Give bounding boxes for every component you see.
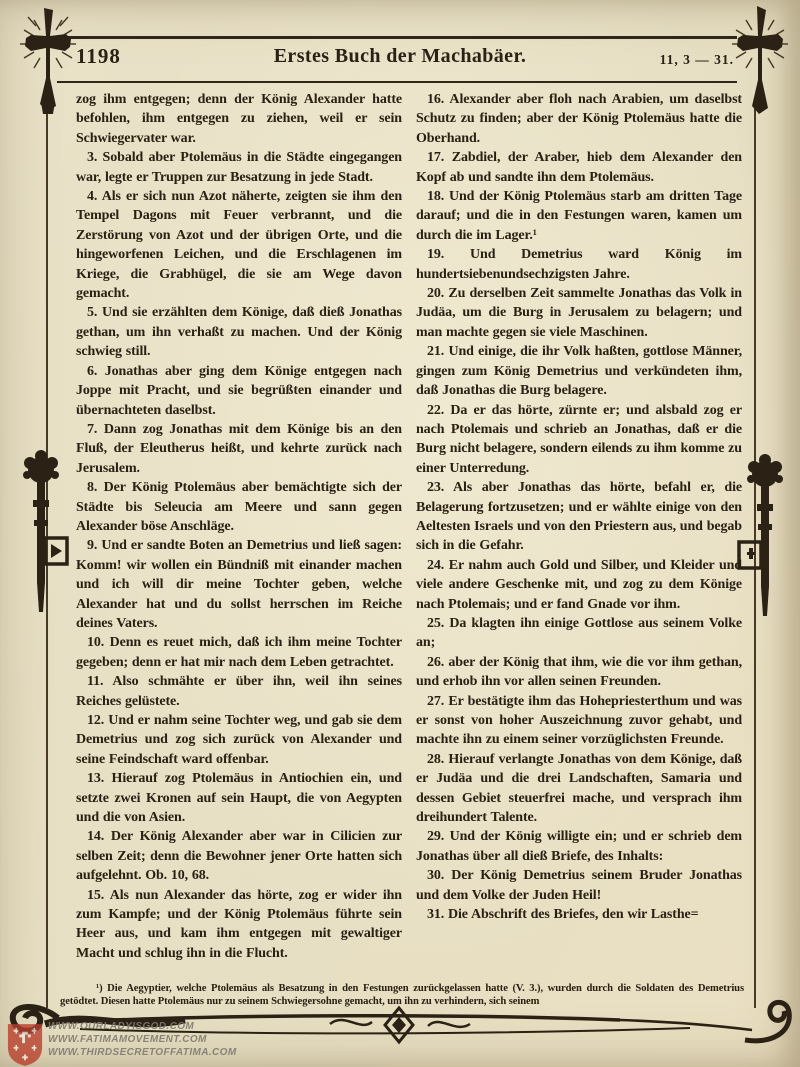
verse-paragraph: 18. Und der König Ptolemäus starb am dri… — [416, 187, 742, 245]
footnote: ¹) Die Aegyptier, welche Ptolemäus als B… — [60, 982, 744, 1009]
verse-paragraph: 31. Die Abschrift des Briefes, den wir L… — [416, 905, 742, 924]
left-border-rule — [46, 110, 48, 1008]
watermark: WWW.OURLADYISGOD.COM WWW.FATIMAMOVEMENT.… — [6, 1020, 237, 1067]
verse-paragraph: 20. Zu derselben Zeit sammelte Jonathas … — [416, 284, 742, 342]
verse-paragraph: 27. Er bestätigte ihm das Hohepriesterth… — [416, 692, 742, 750]
verse-paragraph: 12. Und er nahm seine Tochter weg, und g… — [76, 711, 402, 769]
verse-paragraph: zog ihm entgegen; denn der König Alexand… — [76, 90, 402, 148]
right-border-rule — [754, 108, 756, 1008]
verse-paragraph: 9. Und er sandte Boten an Demetrius und … — [76, 536, 402, 633]
ornamental-key-icon — [736, 452, 792, 628]
right-column: 16. Alexander aber floh nach Arabien, um… — [416, 90, 742, 963]
verse-paragraph: 22. Da er das hörte, zürnte er; und alsb… — [416, 401, 742, 479]
watermark-url: WWW.FATIMAMOVEMENT.COM — [48, 1033, 237, 1046]
verse-paragraph: 26. aber der König that ihm, wie die vor… — [416, 653, 742, 692]
header-divider-rule — [57, 81, 737, 83]
verse-paragraph: 29. Und der König willigte ein; und er s… — [416, 827, 742, 866]
verse-paragraph: 23. Als aber Jonathas das hörte, befahl … — [416, 478, 742, 556]
verse-paragraph: 17. Zabdiel, der Araber, hieb dem Alexan… — [416, 148, 742, 187]
footnote-text: Die Aegyptier, welche Ptolemäus als Besa… — [60, 983, 744, 1008]
verse-paragraph: 10. Denn es reuet mich, daß ich ihm mein… — [76, 633, 402, 672]
chapter-verse-range: 11, 3 — 31. — [660, 52, 734, 68]
verse-paragraph: 4. Als er sich nun Azot näherte, zeigten… — [76, 187, 402, 303]
watermark-url: WWW.OURLADYISGOD.COM — [48, 1020, 237, 1033]
verse-paragraph: 5. Und sie erzählten dem Könige, daß die… — [76, 303, 402, 361]
verse-paragraph: 6. Jonathas aber ging dem Könige entgege… — [76, 362, 402, 420]
verse-paragraph: 28. Hierauf verlangte Jonathas von dem K… — [416, 750, 742, 828]
left-column: zog ihm entgegen; denn der König Alexand… — [76, 90, 402, 963]
scanned-bible-page: { "page": { "page_number": "1198", "titl… — [0, 0, 800, 1067]
text-columns: zog ihm entgegen; denn der König Alexand… — [76, 90, 742, 963]
verse-paragraph: 24. Er nahm auch Gold und Silber, und Kl… — [416, 556, 742, 614]
verse-paragraph: 30. Der König Demetrius seinem Bruder Jo… — [416, 866, 742, 905]
top-border-rule — [57, 36, 737, 39]
verse-paragraph: 14. Der König Alexander aber war in Cili… — [76, 827, 402, 885]
ornamental-key-icon — [14, 448, 70, 624]
verse-paragraph: 11. Also schmähte er über ihn, weil ihn … — [76, 672, 402, 711]
watermark-url: WWW.THIRDSECRETOFFATIMA.COM — [48, 1046, 237, 1059]
verse-paragraph: 19. Und Demetrius ward König im hunderts… — [416, 245, 742, 284]
verse-paragraph: 25. Da klagten ihn einige Gottlose aus s… — [416, 614, 742, 653]
verse-paragraph: 15. Als nun Alexander das hörte, zog er … — [76, 886, 402, 964]
verse-paragraph: 13. Hierauf zog Ptolemäus in Antiochien … — [76, 769, 402, 827]
crusader-shield-icon — [6, 1022, 44, 1067]
verse-paragraph: 3. Sobald aber Ptolemäus in die Städte e… — [76, 148, 402, 187]
verse-paragraph: 16. Alexander aber floh nach Arabien, um… — [416, 90, 742, 148]
verse-paragraph: 8. Der König Ptolemäus aber bemächtigte … — [76, 478, 402, 536]
verse-paragraph: 7. Dann zog Jonathas mit dem Könige bis … — [76, 420, 402, 478]
verse-paragraph: 21. Und einige, die ihr Volk haßten, got… — [416, 342, 742, 400]
